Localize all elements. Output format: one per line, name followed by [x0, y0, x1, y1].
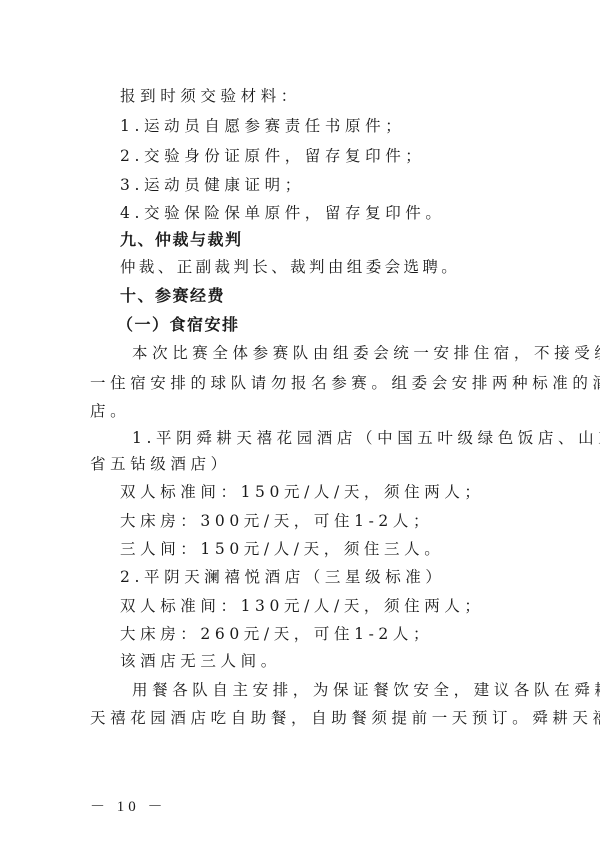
section-9-heading: 九、仲裁与裁判 — [120, 230, 540, 250]
page-number: － 10 － — [90, 795, 167, 816]
hotel1-room-triple: 三人间：150元/人/天，须住三人。 — [120, 539, 540, 559]
subsection-1-heading: （一）食宿安排 — [117, 315, 537, 335]
materials-intro: 报到时须交验材料： — [120, 86, 540, 106]
hotel2-room-king: 大床房：260元/天，可住1-2人； — [120, 624, 540, 644]
para-line-2: 一住宿安排的球队请勿报名参赛。组委会安排两种标准的酒 — [90, 373, 510, 393]
section-9-body: 仲裁、正副裁判长、裁判由组委会选聘。 — [120, 257, 540, 277]
hotel1-title-line-1: 1.平阴舜耕天禧花园酒店（中国五叶级绿色饭店、山东 — [132, 428, 552, 448]
hotel1-title-line-2: 省五钻级酒店） — [90, 454, 510, 474]
hotel2-room-double: 双人标准间：130元/人/天，须住两人； — [120, 596, 540, 616]
para-line-3: 店。 — [90, 401, 510, 421]
hotel1-room-king: 大床房：300元/天，可住1-2人； — [120, 511, 540, 531]
document-page: 报到时须交验材料： 1.运动员自愿参赛责任书原件； 2.交验身份证原件，留存复印… — [0, 0, 600, 848]
materials-item-1: 1.运动员自愿参赛责任书原件； — [120, 116, 540, 136]
materials-item-3: 3.运动员健康证明； — [120, 175, 540, 195]
hotel1-room-double: 双人标准间：150元/人/天，须住两人； — [120, 482, 540, 502]
hotel2-no-triple: 该酒店无三人间。 — [120, 651, 540, 671]
meal-line-1: 用餐各队自主安排，为保证餐饮安全，建议各队在舜耕 — [132, 680, 552, 700]
materials-item-2: 2.交验身份证原件，留存复印件； — [120, 146, 540, 166]
para-line-1: 本次比赛全体参赛队由组委会统一安排住宿，不接受统 — [132, 343, 552, 363]
hotel2-title: 2.平阴天澜禧悦酒店（三星级标准） — [120, 567, 540, 587]
section-10-heading: 十、参赛经费 — [120, 286, 540, 306]
materials-item-4: 4.交验保险保单原件，留存复印件。 — [120, 203, 540, 223]
meal-line-2: 天禧花园酒店吃自助餐，自助餐须提前一天预订。舜耕天禧 — [90, 708, 510, 728]
